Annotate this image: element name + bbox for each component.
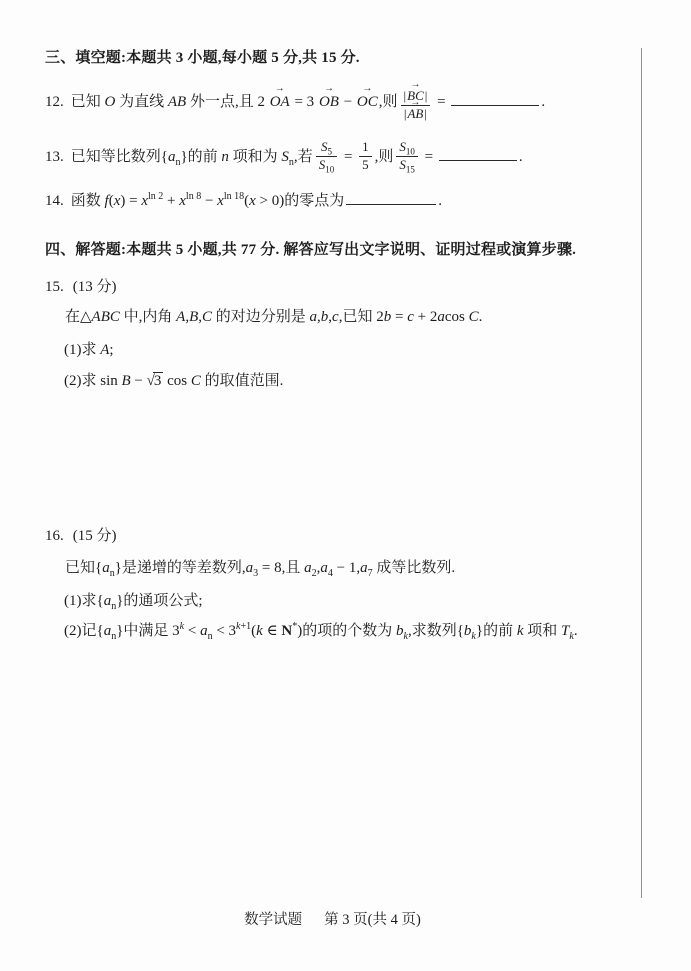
question-15-part1: (1)求 A; [64,341,114,361]
vector-arrow-icon: → [270,84,290,94]
math-text: (2)求 sin [64,373,122,389]
answer-blank [451,92,539,106]
math-text: − 1, [333,560,360,576]
fraction-denominator: |→AB| [401,106,431,122]
math-text: cos [445,309,469,325]
math-text: ,则 [379,94,398,110]
vector-arrow-icon: → [319,84,339,94]
vector-name: OC [357,94,378,110]
page-footer: 数学试题第 3 页(共 4 页) [0,908,665,929]
question-12: 12.已知 O 为直线 AB 外一点,且 2 →OA = 3 →OB − →OC… [45,81,545,124]
math-text: 已知等比数列{ [71,149,168,165]
fraction-numerator: S5 [316,139,338,157]
vector-name: AB [407,106,423,121]
answer-blank [439,147,517,161]
page-edge-line [641,48,642,898]
vector-arrow-icon: → [407,98,423,108]
math-variable: C [191,373,201,389]
math-variable: S [281,149,289,165]
math-text: )的项的个数为 [297,623,396,639]
subscript: 10 [325,165,334,175]
math-variable: C [202,309,212,325]
question-15-part2: (2)求 sin B − √3 cos C 的取值范围. [64,372,283,392]
math-text: 外一点,且 2 [186,94,269,110]
fraction-numerator: S10 [396,139,418,157]
subscript: 5 [327,147,332,157]
math-text: cos [163,373,191,389]
math-text: 成等比数列. [373,560,456,576]
math-text: 项和 [524,623,562,639]
math-text: − [340,94,356,110]
math-text: ∈ [263,623,282,639]
question-15-header: 15.(13 分) [45,278,117,298]
question-15-points: (13 分) [73,279,117,295]
math-variable: b [396,623,404,639]
question-13-body: 已知等比数列{an}的前 n 项和为 Sn,若S5S10 = 15,则S10S1… [71,149,523,165]
math-text: ,则 [375,149,394,165]
math-variable: a [200,623,208,639]
math-text: > 0)的零点为 [256,193,344,209]
question-16-header: 16.(15 分) [45,527,117,547]
question-12-body: 已知 O 为直线 AB 外一点,且 2 →OA = 3 →OB − →OC,则|… [71,94,545,110]
math-variable: c [407,309,414,325]
math-variable: B [122,373,131,389]
question-15-number: 15. [45,279,64,295]
fraction: S5S10 [316,139,338,173]
question-14-body: 函数 f(x) = xln 2 + xln 8 − xln 18(x > 0)的… [71,193,442,209]
math-text: 的对边分别是 [212,309,310,325]
math-variable: x [179,193,186,209]
math-text: }中满足 3 [116,623,179,639]
math-text: . [519,149,523,165]
math-text: < [184,623,200,639]
math-variable: a [304,560,312,576]
answer-blank [346,191,436,205]
math-text: 在△ [65,309,92,325]
footer-doc-title: 数学试题 [244,912,302,928]
math-text: . [479,309,483,325]
math-text: = [391,309,407,325]
vector-name: OB [319,94,339,110]
vector: →OC [357,93,378,113]
square-root: √3 [147,373,164,389]
question-13-number: 13. [45,149,64,165]
question-16-number: 16. [45,528,64,544]
math-text: < 3 [213,623,236,639]
math-variable: x [141,193,148,209]
math-text: | [404,88,407,103]
fraction-denominator: S10 [316,157,338,173]
math-variable: a [310,309,318,325]
math-variable: a [437,309,445,325]
question-14-number: 14. [45,193,64,209]
math-text: }的前 [476,623,517,639]
question-16-stem: 已知{an}是递增的等差数列,a3 = 8,且 a2,a4 − 1,a7 成等比… [65,559,455,579]
section4-heading: 四、解答题:本题共 5 小题,共 77 分. 解答应写出文字说明、证明过程或演算… [45,241,576,261]
math-text: = 3 [291,94,318,110]
vector-arrow-icon: → [357,84,378,94]
question-16-part1: (1)求{an}的通项公式; [64,592,203,612]
math-text: (2)记{ [64,623,104,639]
subscript: 15 [406,165,415,175]
math-bold-symbol: N [281,623,292,639]
math-text: ,已知 2 [339,309,384,325]
math-variable: A [176,309,185,325]
subscript: 10 [406,147,415,157]
math-text: + 2 [414,309,437,325]
fraction-denominator: S15 [396,157,418,173]
vector-name: OA [270,94,290,110]
footer-page-info: 第 3 页(共 4 页) [324,912,421,928]
radicand: 3 [153,372,164,389]
vector: →AB [407,107,423,122]
math-text: . [541,94,545,110]
math-text: 中,内角 [120,309,176,325]
math-variable: n [221,149,229,165]
math-text: ) = [120,193,141,209]
math-text: ; [109,342,113,358]
math-text: = [421,149,437,165]
math-text: = 8,且 [258,560,304,576]
math-variable: x [217,193,224,209]
math-variable: a [320,560,328,576]
vector: →OB [319,93,339,113]
math-text: 函数 [71,193,105,209]
vector: →OA [270,93,290,113]
math-text: }的前 [180,149,221,165]
math-text: (1)求 [64,342,100,358]
math-text: (1)求{ [64,593,104,609]
math-text: + [163,193,179,209]
math-variable: a [102,560,110,576]
exam-page: 三、填空题:本题共 3 小题,每小题 5 分,共 15 分. 12.已知 O 为… [0,0,691,971]
math-text: }的通项公式; [116,593,202,609]
question-16-part2: (2)记{an}中满足 3k < an < 3k+1(k ∈ N*)的项的个数为… [64,622,578,642]
question-14: 14.函数 f(x) = xln 2 + xln 8 − xln 18(x > … [45,191,442,212]
math-variable: c [332,309,339,325]
math-text: +1 [241,621,252,632]
math-text: = [433,94,449,110]
superscript: ln 2 [148,191,163,202]
math-variable: x [249,193,256,209]
superscript: k+1 [236,621,251,632]
math-text: 已知 [71,94,105,110]
math-text: ,求数列{ [408,623,464,639]
fraction: |→BC||→AB| [401,79,431,122]
question-16-points: (15 分) [73,528,117,544]
math-variable: a [360,560,368,576]
section3-heading: 三、填空题:本题共 3 小题,每小题 5 分,共 15 分. [45,49,360,69]
fraction: 15 [359,139,372,173]
math-text: }是递增的等差数列, [115,560,246,576]
math-text: 5 [362,157,369,172]
math-text: 为直线 [115,94,168,110]
math-text: . [574,623,578,639]
math-variable: ABC [92,309,120,325]
math-text: . [438,193,442,209]
math-text: 项和为 [229,149,282,165]
math-variable: C [469,309,479,325]
question-12-number: 12. [45,94,64,110]
superscript: ln 8 [186,191,201,202]
math-variable: k [517,623,524,639]
question-15-stem: 在△ABC 中,内角 A,B,C 的对边分别是 a,b,c,已知 2b = c … [65,308,482,328]
vector-arrow-icon: → [407,80,424,90]
question-13: 13.已知等比数列{an}的前 n 项和为 Sn,若S5S10 = 15,则S1… [45,141,523,175]
math-variable: O [105,94,116,110]
fraction: S10S15 [396,139,418,173]
math-text: = [340,149,356,165]
math-text: − [131,373,147,389]
math-text: ,若 [294,149,313,165]
math-variable: AB [168,94,186,110]
superscript: ln 18 [224,191,244,202]
fraction-denominator: 5 [359,157,372,173]
math-text: | [425,88,428,103]
math-text: 的取值范围. [201,373,284,389]
math-variable: k [256,623,263,639]
math-text: | [424,106,427,121]
math-variable: B [189,309,198,325]
math-text: − [201,193,217,209]
math-text: 1 [362,139,369,154]
math-text: 已知{ [65,560,102,576]
fraction-numerator: 1 [359,139,372,157]
